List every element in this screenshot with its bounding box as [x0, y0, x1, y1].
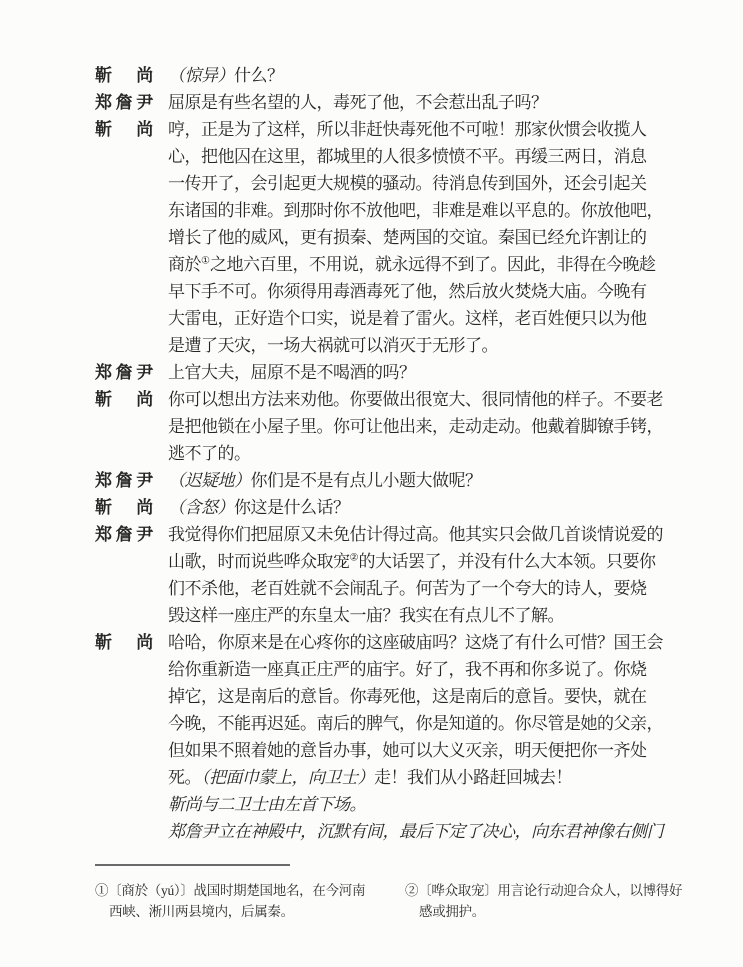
speaker-char: 郑 [95, 359, 112, 386]
speaker-char: 詹 [116, 359, 133, 386]
footnote-line: ①〔商於（yú）〕战国时期楚国地名，在今河南 [95, 880, 395, 901]
dialogue-line: 但如果不照着她的意旨办事，她可以大义灭亲，明天便把你一齐处 [168, 737, 668, 764]
dialogue-line: 心，把他囚在这里，都城里的人很多愤愤不平。再缓三两日，消息 [168, 143, 668, 170]
dialogue-line: （迟疑地）你们是不是有点儿小题大做呢？ [168, 467, 668, 494]
stage-direction-text: 郑詹尹立在神殿中，沉默有间，最后下定了决心，向东君神像右侧门 [168, 822, 663, 841]
footnote-line: 感或拥护。 [405, 901, 705, 922]
dialogue-entry: 靳尚（含怒）你这是什么话？ [95, 494, 668, 521]
speaker-char: 尹 [136, 89, 153, 116]
dialogue-line: 屈原是有些名望的人，毒死了他，不会惹出乱子吗？ [168, 89, 668, 116]
stage-direction-line: 郑詹尹立在神殿中，沉默有间，最后下定了决心，向东君神像右侧门 [168, 818, 668, 845]
speaker-char: 靳 [95, 494, 112, 521]
dialogue-text: 你可以想出方法来劝他。你要做出很宽大、很同情他的样子。不要老是把他锁在小屋子里。… [168, 386, 668, 467]
speaker-char: 靳 [95, 116, 112, 143]
speaker-char: 尹 [136, 521, 153, 548]
footnote-ref: ② [350, 552, 359, 563]
dialogue-line: 东诸国的非难。到那时你不放他吧，非难是难以平息的。你放他吧， [168, 197, 668, 224]
stage-direction-entry: 郑詹尹立在神殿中，沉默有间，最后下定了决心，向东君神像右侧门 [95, 818, 668, 845]
dialogue-text: （含怒）你这是什么话？ [168, 494, 668, 521]
speaker-name: 靳尚 [95, 386, 153, 413]
footnote-line: 西峡、淅川两县境内，后属秦。 [95, 901, 395, 922]
speaker-name: 靳尚 [95, 494, 153, 521]
dialogue-entry: 靳尚你可以想出方法来劝他。你要做出很宽大、很同情他的样子。不要老是把他锁在小屋子… [95, 386, 668, 467]
dialogue-text: 哈哈，你原来是在心疼你的这座破庙吗？这烧了有什么可惜？国王会给你重新造一座真正庄… [168, 629, 668, 791]
dialogue-line: 山歌，时而说些哗众取宠②的大话罢了，并没有什么大本领。只要你 [168, 548, 668, 575]
dialogue-line: 增长了他的威风，更有损秦、楚两国的交谊。秦国已经允许割让的 [168, 224, 668, 251]
speaker-char: 尚 [136, 116, 153, 143]
speaker-name: 郑詹尹 [95, 89, 153, 116]
speaker-char: 靳 [95, 386, 112, 413]
inline-stage-direction: （迟疑地） [168, 471, 251, 490]
dialogue-line: 是把他锁在小屋子里。你可让他出来，走动走动。他戴着脚镣手铐， [168, 413, 668, 440]
dialogue-line: 早下手不可。你须得用毒酒毒死了他，然后放火焚烧大庙。今晚有 [168, 278, 668, 305]
speaker-char: 詹 [116, 521, 133, 548]
footnote-divider [95, 864, 290, 866]
stage-direction-line: 靳尚与二卫士由左首下场。 [168, 791, 668, 818]
speaker-name: 郑詹尹 [95, 467, 153, 494]
dialogue-text: 我觉得你们把屈原又未免估计得过高。他其实只会做几首谈情说爱的山歌，时而说些哗众取… [168, 521, 668, 629]
dialogue-text: 上官大夫，屈原不是不喝酒的吗？ [168, 359, 668, 386]
dialogue-text: （惊异）什么？ [168, 62, 668, 89]
speaker-char: 尹 [136, 359, 153, 386]
dialogue-line: 是遭了天灾，一场大祸就可以消灭于无形了。 [168, 332, 668, 359]
dialogue-entry: 靳尚哈哈，你原来是在心疼你的这座破庙吗？这烧了有什么可惜？国王会给你重新造一座真… [95, 629, 668, 791]
dialogue-text: 哼，正是为了这样，所以非赶快毒死他不可啦！那家伙惯会收揽人心，把他囚在这里，都城… [168, 116, 668, 359]
dialogue-line: （惊异）什么？ [168, 62, 668, 89]
speaker-name: 靳尚 [95, 629, 153, 656]
dialogue-line: 今晚，不能再迟延。南后的脾气，你是知道的。你尽管是她的父亲， [168, 710, 668, 737]
book-page: 靳尚（惊异）什么？郑詹尹屈原是有些名望的人，毒死了他，不会惹出乱子吗？靳尚哼，正… [0, 0, 743, 967]
dialogue-line: 我觉得你们把屈原又未免估计得过高。他其实只会做几首谈情说爱的 [168, 521, 668, 548]
dialogue-entry: 郑詹尹我觉得你们把屈原又未免估计得过高。他其实只会做几首谈情说爱的山歌，时而说些… [95, 521, 668, 629]
script-body: 靳尚（惊异）什么？郑詹尹屈原是有些名望的人，毒死了他，不会惹出乱子吗？靳尚哼，正… [95, 62, 668, 845]
dialogue-line: 商於①之地六百里，不用说，就永远得不到了。因此，非得在今晚趁 [168, 251, 668, 278]
inline-stage-direction: （惊异） [168, 66, 234, 85]
footnote-ref: ① [201, 255, 210, 266]
dialogue-line: 们不杀他，老百姓就不会闹乱子。何苦为了一个夸大的诗人，要烧 [168, 575, 668, 602]
speaker-char: 詹 [116, 89, 133, 116]
dialogue-entry: 靳尚（惊异）什么？ [95, 62, 668, 89]
speaker-char: 郑 [95, 89, 112, 116]
dialogue-text: 靳尚与二卫士由左首下场。 [168, 791, 668, 818]
dialogue-entry: 靳尚哼，正是为了这样，所以非赶快毒死他不可啦！那家伙惯会收揽人心，把他囚在这里，… [95, 116, 668, 359]
speaker-char: 尚 [136, 494, 153, 521]
stage-direction-entry: 靳尚与二卫士由左首下场。 [95, 791, 668, 818]
dialogue-entry: 郑詹尹（迟疑地）你们是不是有点儿小题大做呢？ [95, 467, 668, 494]
speaker-char: 郑 [95, 521, 112, 548]
dialogue-text: （迟疑地）你们是不是有点儿小题大做呢？ [168, 467, 668, 494]
speaker-name: 靳尚 [95, 116, 153, 143]
speaker-name: 郑詹尹 [95, 521, 153, 548]
speaker-char: 靳 [95, 62, 112, 89]
speaker-char: 尚 [136, 386, 153, 413]
footnotes: ①〔商於（yú）〕战国时期楚国地名，在今河南西峡、淅川两县境内，后属秦。②〔哗众… [95, 880, 668, 922]
dialogue-entry: 郑詹尹屈原是有些名望的人，毒死了他，不会惹出乱子吗？ [95, 89, 668, 116]
dialogue-entry: 郑詹尹上官大夫，屈原不是不喝酒的吗？ [95, 359, 668, 386]
dialogue-line: 你可以想出方法来劝他。你要做出很宽大、很同情他的样子。不要老 [168, 386, 668, 413]
footnote-line: ②〔哗众取宠〕用言论行动迎合众人，以博得好 [405, 880, 705, 901]
speaker-char: 詹 [116, 467, 133, 494]
speaker-char: 郑 [95, 467, 112, 494]
stage-direction-text: 靳尚与二卫士由左首下场。 [168, 795, 366, 814]
speaker-char: 靳 [95, 629, 112, 656]
dialogue-text: 屈原是有些名望的人，毒死了他，不会惹出乱子吗？ [168, 89, 668, 116]
speaker-name: 靳尚 [95, 62, 153, 89]
speaker-char: 尚 [136, 629, 153, 656]
dialogue-line: 掉它，这是南后的意旨。你毒死他，这是南后的意旨。要快，就在 [168, 683, 668, 710]
dialogue-line: 一传开了，会引起更大规模的骚动。待消息传到国外，还会引起关 [168, 170, 668, 197]
dialogue-line: 大雷电，正好造个口实，说是着了雷火。这样，老百姓便只以为他 [168, 305, 668, 332]
dialogue-line: 哈哈，你原来是在心疼你的这座破庙吗？这烧了有什么可惜？国王会 [168, 629, 668, 656]
dialogue-text: 郑詹尹立在神殿中，沉默有间，最后下定了决心，向东君神像右侧门 [168, 818, 668, 845]
dialogue-line: 给你重新造一座真正庄严的庙宇。好了，我不再和你多说了。你烧 [168, 656, 668, 683]
dialogue-line: 哼，正是为了这样，所以非赶快毒死他不可啦！那家伙惯会收揽人 [168, 116, 668, 143]
inline-stage-direction: （把面巾蒙上，向卫士） [201, 768, 374, 787]
dialogue-line: 逃不了的。 [168, 440, 668, 467]
speaker-char: 尚 [136, 62, 153, 89]
dialogue-line: 毁这样一座庄严的东皇太一庙？我实在有点儿不了解。 [168, 602, 668, 629]
inline-stage-direction: （含怒） [168, 498, 234, 517]
speaker-name: 郑詹尹 [95, 359, 153, 386]
dialogue-line: 死。（把面巾蒙上，向卫士）走！我们从小路赶回城去！ [168, 764, 668, 791]
dialogue-line: （含怒）你这是什么话？ [168, 494, 668, 521]
footnote-item: ②〔哗众取宠〕用言论行动迎合众人，以博得好感或拥护。 [405, 880, 705, 922]
footnote-item: ①〔商於（yú）〕战国时期楚国地名，在今河南西峡、淅川两县境内，后属秦。 [95, 880, 395, 922]
speaker-char: 尹 [136, 467, 153, 494]
dialogue-line: 上官大夫，屈原不是不喝酒的吗？ [168, 359, 668, 386]
